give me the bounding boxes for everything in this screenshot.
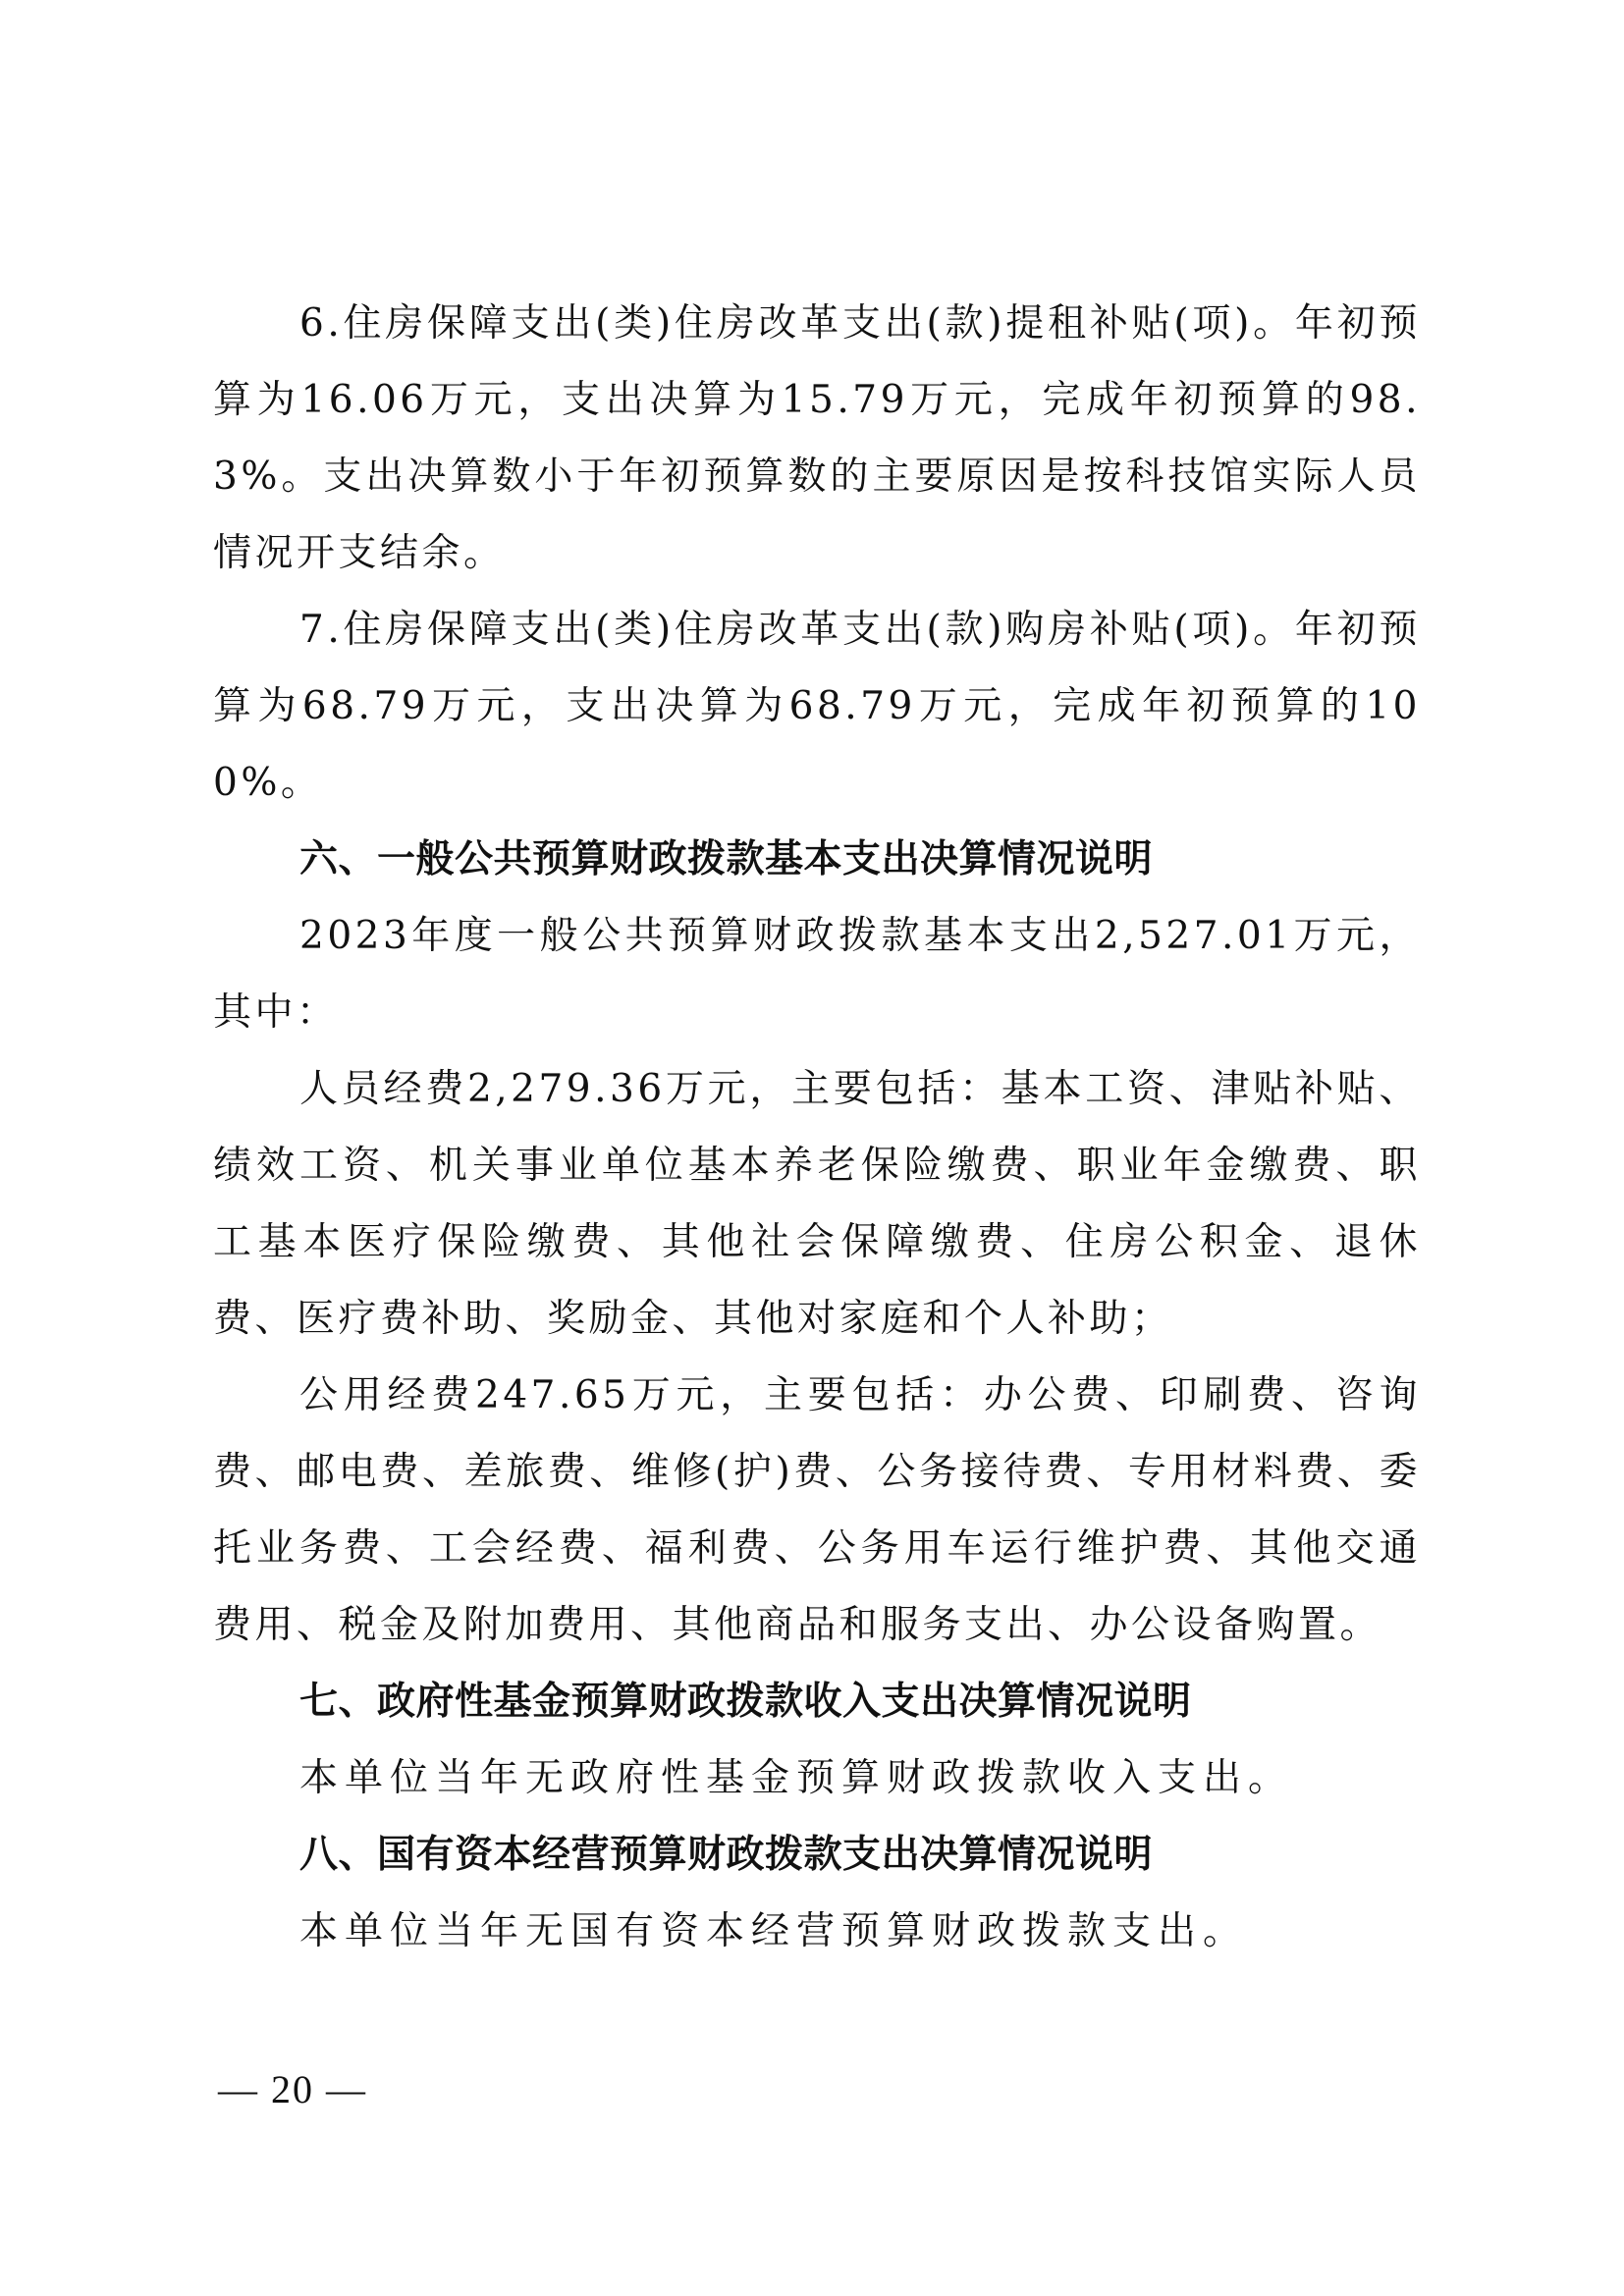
section-6-personnel-expenses: 人员经费2,279.36万元，主要包括：基本工资、津贴补贴、绩效工资、机关事业单… bbox=[213, 1051, 1421, 1358]
page-number: — 20 — bbox=[218, 2066, 367, 2112]
section-8-heading: 八、国有资本经营预算财政拨款支出决算情况说明 bbox=[213, 1817, 1421, 1894]
paragraph-item-6: 6.住房保障支出(类)住房改革支出(款)提租补贴(项)。年初预算为16.06万元… bbox=[213, 286, 1421, 592]
section-6-heading: 六、一般公共预算财政拨款基本支出决算情况说明 bbox=[213, 822, 1421, 898]
section-8-body: 本单位当年无国有资本经营预算财政拨款支出。 bbox=[213, 1894, 1421, 1970]
paragraph-item-7: 7.住房保障支出(类)住房改革支出(款)购房补贴(项)。年初预算为68.79万元… bbox=[213, 592, 1421, 822]
section-7-body: 本单位当年无政府性基金预算财政拨款收入支出。 bbox=[213, 1740, 1421, 1817]
section-7-heading: 七、政府性基金预算财政拨款收入支出决算情况说明 bbox=[213, 1664, 1421, 1740]
section-6-intro: 2023年度一般公共预算财政拨款基本支出2,527.01万元，其中： bbox=[213, 898, 1421, 1051]
document-page: 6.住房保障支出(类)住房改革支出(款)提租补贴(项)。年初预算为16.06万元… bbox=[213, 286, 1421, 1970]
section-6-public-expenses: 公用经费247.65万元，主要包括：办公费、印刷费、咨询费、邮电费、差旅费、维修… bbox=[213, 1358, 1421, 1664]
